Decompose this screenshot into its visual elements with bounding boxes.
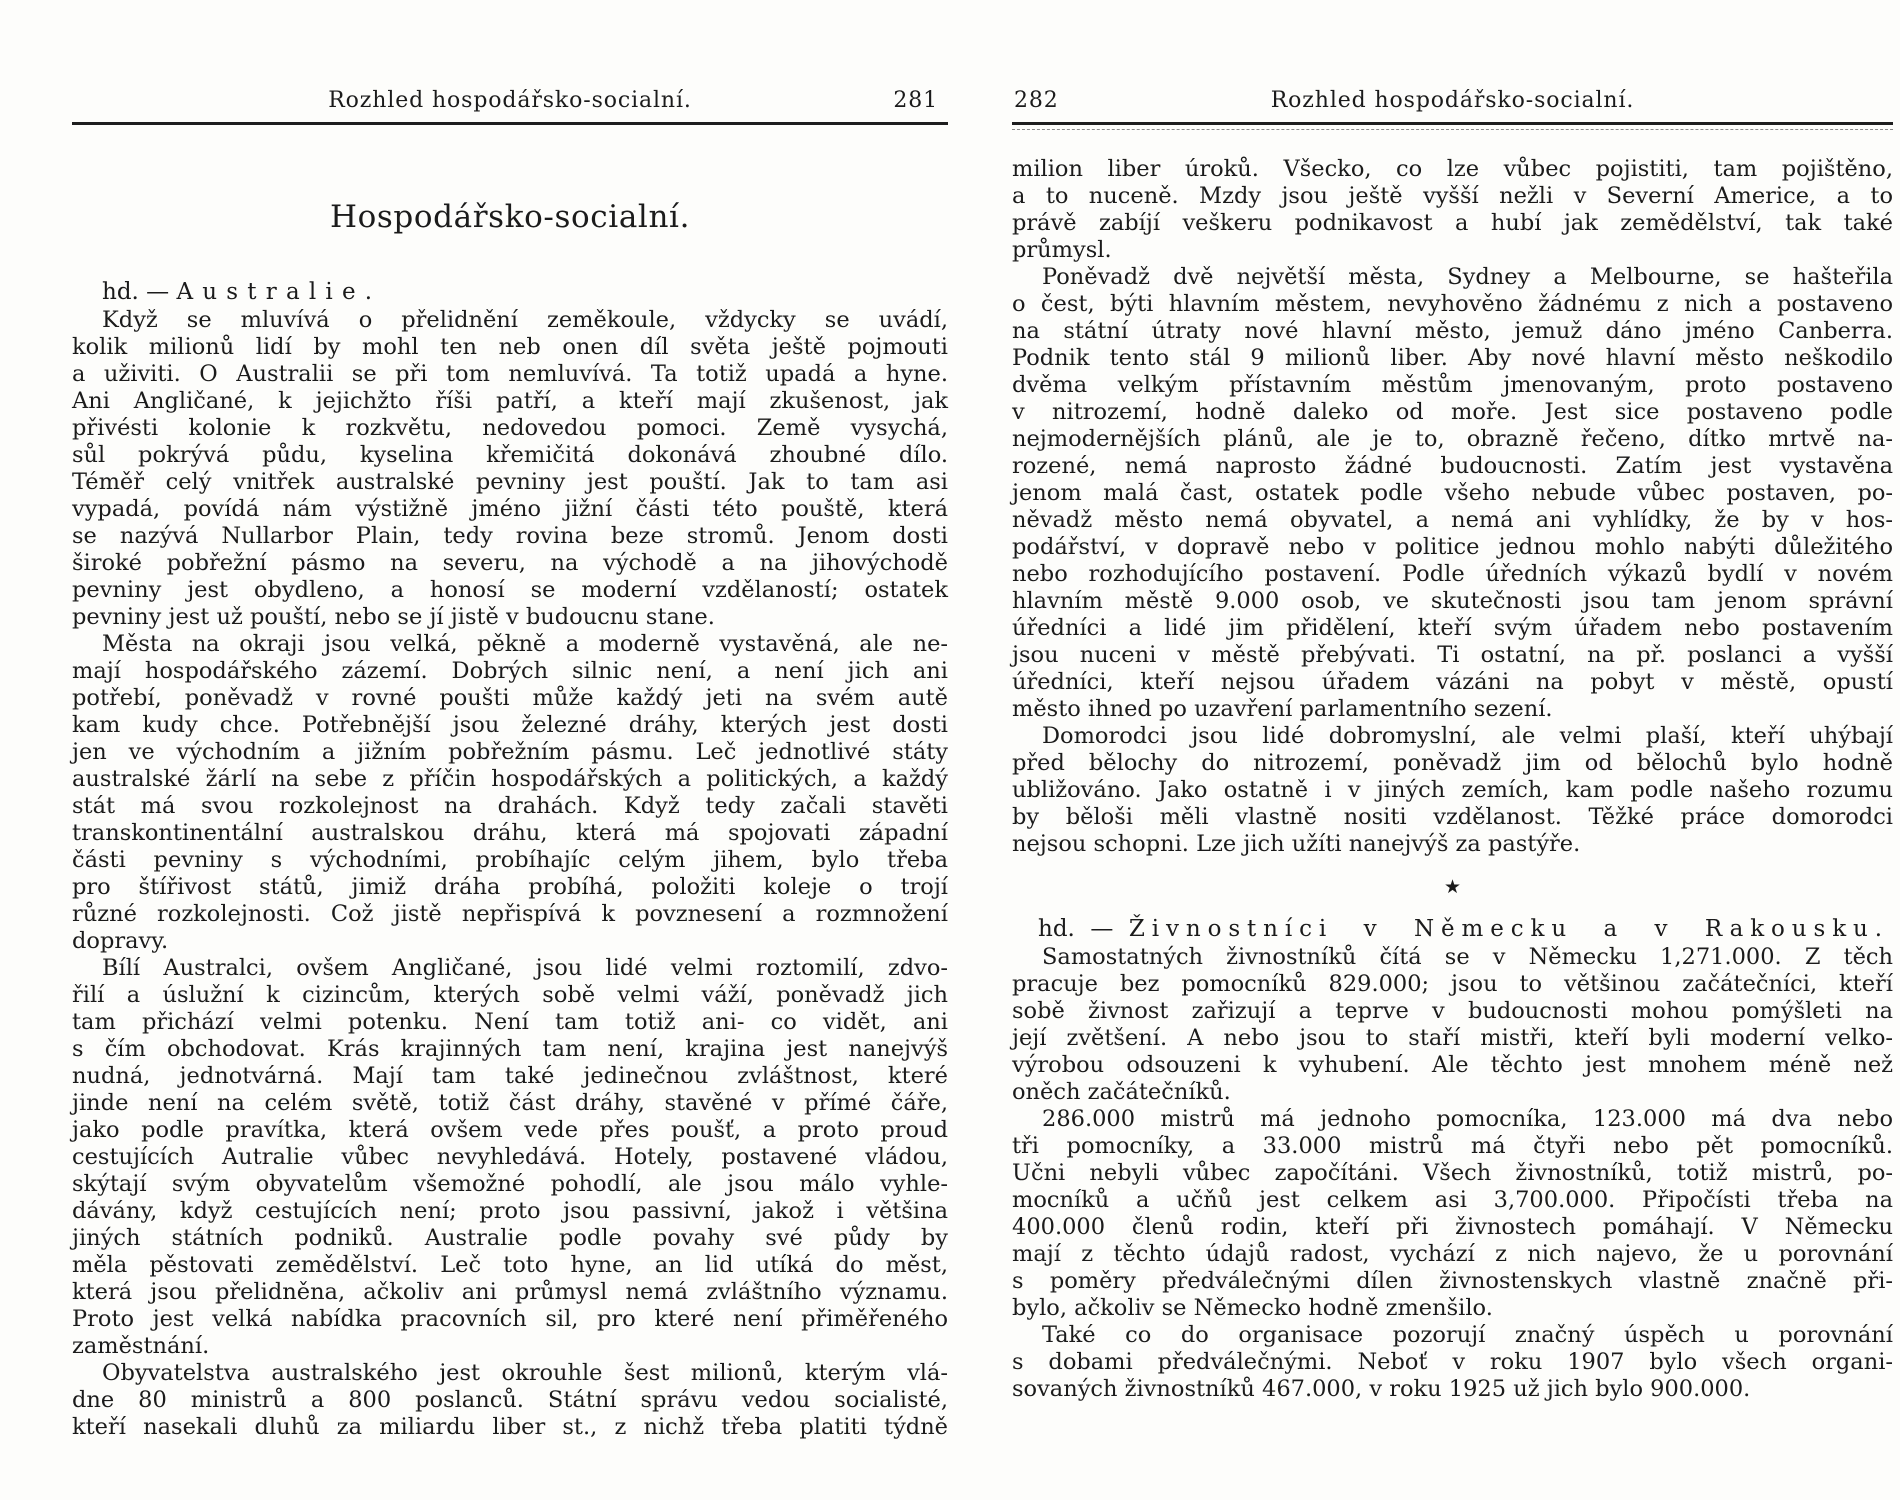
left-page-number: 281 <box>893 88 938 113</box>
text-line: Poněvadž dvě největší města, Sydney a Me… <box>1012 264 1893 291</box>
text-line: mají hospodářského zázemí. Dobrých silni… <box>72 658 948 685</box>
text-line: jinde není na celém světě, totiž část dr… <box>72 1090 948 1117</box>
text-line: různé rozkolejnosti. Což jistě nepřispív… <box>72 901 948 928</box>
section-separator-star: ★ <box>1012 858 1893 914</box>
text-line: dne 80 ministrů a 800 poslanců. Státní s… <box>72 1387 948 1414</box>
right-page-body: milion liber úroků. Všecko, co lze vůbec… <box>1012 156 1893 1403</box>
text-line: potřebí, poněvadž v rovné poušti může ka… <box>72 685 948 712</box>
text-line: její zvětšení. A nebo jsou to staří mist… <box>1012 1025 1893 1052</box>
text-line: nejsou schopni. Lze jich užíti nanejvýš … <box>1012 831 1893 858</box>
text-line: a uživiti. O Australii se při tom nemluv… <box>72 361 948 388</box>
text-line: úředníci a lidé jim přidělení, kteří svý… <box>1012 615 1893 642</box>
text-line: s poměry předválečnými dílen živnostensk… <box>1012 1268 1893 1295</box>
text-line: Města na okraji jsou velká, pěkně a mode… <box>72 631 948 658</box>
paragraph: Bílí Australci, ovšem Angličané, jsou li… <box>72 955 948 1360</box>
text-line: výrobou odsouzeni k vyhubení. Ale těchto… <box>1012 1052 1893 1079</box>
text-line: by běloši měli vlastně nositi vzdělanost… <box>1012 804 1893 831</box>
text-line: průmysl. <box>1012 237 1893 264</box>
book-spread: Rozhled hospodářsko-socialní. 281 Hospod… <box>0 0 1900 1500</box>
text-line: 286.000 mistrů má jednoho pomocníka, 123… <box>1012 1106 1893 1133</box>
text-line: řilí a úslužní k cizincům, kterých sobě … <box>72 982 948 1009</box>
text-line: dopravy. <box>72 928 948 955</box>
text-line: vypadá, povídá nám výstižně jméno jižní … <box>72 496 948 523</box>
text-line: něvadž město nemá obyvatel, a nemá ani v… <box>1012 507 1893 534</box>
text-line: Když se mluvívá o přelidnění zeměkoule, … <box>72 307 948 334</box>
text-line: mocníků a učňů jest celkem asi 3,700.000… <box>1012 1187 1893 1214</box>
text-line: Učni nebyli vůbec započítáni. Všech živn… <box>1012 1160 1893 1187</box>
text-line: jiných státních podniků. Australie podle… <box>72 1225 948 1252</box>
text-line: cestujících Autralie vůbec nevyhledává. … <box>72 1144 948 1171</box>
text-line: jen ve východním a jižním pobřežním pásm… <box>72 739 948 766</box>
text-line: transkontinentální australskou dráhu, kt… <box>72 820 948 847</box>
text-line: úředníci, kteří nejsou úřadem vázáni na … <box>1012 669 1893 696</box>
text-line: sůl pokrývá půdu, kyselina křemičitá dok… <box>72 442 948 469</box>
paragraph: Města na okraji jsou velká, pěkně a mode… <box>72 631 948 955</box>
text-line: dávány, když cestujících není; proto jso… <box>72 1198 948 1225</box>
text-line: kam kudy chce. Potřebnější jsou železné … <box>72 712 948 739</box>
text-line: se nazývá Nullarbor Plain, tedy rovina b… <box>72 523 948 550</box>
text-line: v nitrozemí, hodně daleko od moře. Jest … <box>1012 399 1893 426</box>
text-line: sobě živnost zařizují a teprve v budoucn… <box>1012 998 1893 1025</box>
text-line: oněch začátečníků. <box>1012 1079 1893 1106</box>
text-line: právě zabíjí veškeru podnikavost a hubí … <box>1012 210 1893 237</box>
article-heading-title: Živnostníci v Německu a v Rakousku. <box>1129 916 1889 942</box>
text-line: podářství, v dopravě nebo v politice jed… <box>1012 534 1893 561</box>
text-line: která jsou přelidněna, ačkoliv ani průmy… <box>72 1279 948 1306</box>
text-line: jenom malá čast, ostatek podle všeho neb… <box>1012 480 1893 507</box>
text-line: měla pěstovati zemědělství. Leč toto hyn… <box>72 1252 948 1279</box>
article-heading-prefix: hd. — <box>102 279 176 305</box>
right-header-rule <box>1012 122 1893 130</box>
left-header-title: Rozhled hospodářsko-socialní. <box>72 88 948 113</box>
paragraph: Samostatných živnostníků čítá se v Němec… <box>1012 944 1893 1106</box>
text-line: Ani Angličané, k jejichžto říši patří, a… <box>72 388 948 415</box>
text-line: jako podle pravítka, která ovšem vede př… <box>72 1117 948 1144</box>
text-line: kteří nasekali dluhů za miliardu liber s… <box>72 1414 948 1441</box>
article-heading-prefix: hd. — <box>1038 916 1129 942</box>
text-line: široké pobřežní pásmo na severu, na vých… <box>72 550 948 577</box>
text-line: pevniny jest obydleno, a honosí se moder… <box>72 577 948 604</box>
paragraph: Také co do organisace pozorují značný ús… <box>1012 1322 1893 1403</box>
text-line: jsou nuceni v městě přebývati. Ti ostatn… <box>1012 642 1893 669</box>
paragraph: Když se mluvívá o přelidnění zeměkoule, … <box>72 307 948 631</box>
text-line: rozené, nemá naprosto žádné budoucnosti.… <box>1012 453 1893 480</box>
text-line: na státní útraty nové hlavní město, jemu… <box>1012 318 1893 345</box>
text-line: milion liber úroků. Všecko, co lze vůbec… <box>1012 156 1893 183</box>
left-page: Rozhled hospodářsko-socialní. 281 Hospod… <box>72 0 948 1441</box>
text-line: nudná, jednotvárná. Mají tam také jedine… <box>72 1063 948 1090</box>
right-page-number: 282 <box>1014 88 1059 113</box>
left-header-rule <box>72 122 948 125</box>
text-line: kolik milionů lidí by mohl ten neb onen … <box>72 334 948 361</box>
text-line: s čím obchodovat. Krás krajinných tam ne… <box>72 1036 948 1063</box>
text-line: dvěma velkým přístavním městům jmenovaný… <box>1012 372 1893 399</box>
text-line: tam přichází velmi potenku. Není tam tot… <box>72 1009 948 1036</box>
paragraph: Poněvadž dvě největší města, Sydney a Me… <box>1012 264 1893 723</box>
text-line: o čest, býti hlavním městem, nevyhověno … <box>1012 291 1893 318</box>
text-line: Samostatných živnostníků čítá se v Němec… <box>1012 944 1893 971</box>
text-line: Bílí Australci, ovšem Angličané, jsou li… <box>72 955 948 982</box>
right-running-header: Rozhled hospodářsko-socialní. 282 <box>1012 88 1893 116</box>
text-line: 400.000 členů rodin, kteří při živnostec… <box>1012 1214 1893 1241</box>
text-line: před bělochy do nitrozemí, poněvadž jim … <box>1012 750 1893 777</box>
text-line: přivésti kolonie k rozkvětu, nedovedou p… <box>72 415 948 442</box>
article-heading-title: Australie. <box>176 279 381 305</box>
left-page-body: Hospodářsko-socialní.hd. — Australie.Kdy… <box>72 199 948 1441</box>
right-header-title: Rozhled hospodářsko-socialní. <box>1012 88 1893 113</box>
text-line: části pevniny s východními, probíhajíc c… <box>72 847 948 874</box>
text-line: pracuje bez pomocníků 829.000; jsou to v… <box>1012 971 1893 998</box>
text-line: stát má svou rozkolejnost na drahách. Kd… <box>72 793 948 820</box>
right-page: Rozhled hospodářsko-socialní. 282 milion… <box>1012 0 1893 1403</box>
text-line: ubližováno. Jako ostatně i v jiných zemí… <box>1012 777 1893 804</box>
text-line: skýtají svým obyvatelům všemožné pohodlí… <box>72 1171 948 1198</box>
section-heading: Hospodářsko-socialní. <box>72 199 948 235</box>
text-line: Obyvatelstva australského jest okrouhle … <box>72 1360 948 1387</box>
text-line: Také co do organisace pozorují značný ús… <box>1012 1322 1893 1349</box>
text-line: sovaných živnostníků 467.000, v roku 192… <box>1012 1376 1893 1403</box>
text-line: s dobami předválečnými. Neboť v roku 190… <box>1012 1349 1893 1376</box>
text-line: australské žárlí na sebe z příčin hospod… <box>72 766 948 793</box>
paragraph: Domorodci jsou lidé dobromyslní, ale vel… <box>1012 723 1893 858</box>
paragraph: milion liber úroků. Všecko, co lze vůbec… <box>1012 156 1893 264</box>
text-line: Proto jest velká nabídka pracovních sil,… <box>72 1306 948 1333</box>
text-line: a to nuceně. Mzdy jsou ještě vyšší nežli… <box>1012 183 1893 210</box>
text-line: nebo rozhodujícího postavení. Podle úřed… <box>1012 561 1893 588</box>
text-line: mají z těchto údajů radost, vychází z ni… <box>1012 1241 1893 1268</box>
text-line: hlavním městě 9.000 osob, ve skutečnosti… <box>1012 588 1893 615</box>
text-line: město ihned po uzavření parlamentního se… <box>1012 696 1893 723</box>
text-line: nejmodernějších plánů, ale je to, obrazn… <box>1012 426 1893 453</box>
paragraph: 286.000 mistrů má jednoho pomocníka, 123… <box>1012 1106 1893 1322</box>
left-running-header: Rozhled hospodářsko-socialní. 281 <box>72 88 948 116</box>
text-line: Domorodci jsou lidé dobromyslní, ale vel… <box>1012 723 1893 750</box>
text-line: Téměř celý vnitřek australské pevniny je… <box>72 469 948 496</box>
text-line: Podnik tento stál 9 milionů liber. Aby n… <box>1012 345 1893 372</box>
text-line: pevniny jest už pouští, nebo se jí jistě… <box>72 604 948 631</box>
text-line: zaměstnání. <box>72 1333 948 1360</box>
text-line: tři pomocníky, a 33.000 mistrů má čtyři … <box>1012 1133 1893 1160</box>
text-line: pro štířivost států, jimiž dráha probíhá… <box>72 874 948 901</box>
article-heading: hd. — Živnostníci v Německu a v Rakousku… <box>1012 914 1893 944</box>
article-heading: hd. — Australie. <box>72 277 948 307</box>
text-line: bylo, ačkoliv se Německo hodně zmenšilo. <box>1012 1295 1893 1322</box>
paragraph: Obyvatelstva australského jest okrouhle … <box>72 1360 948 1441</box>
